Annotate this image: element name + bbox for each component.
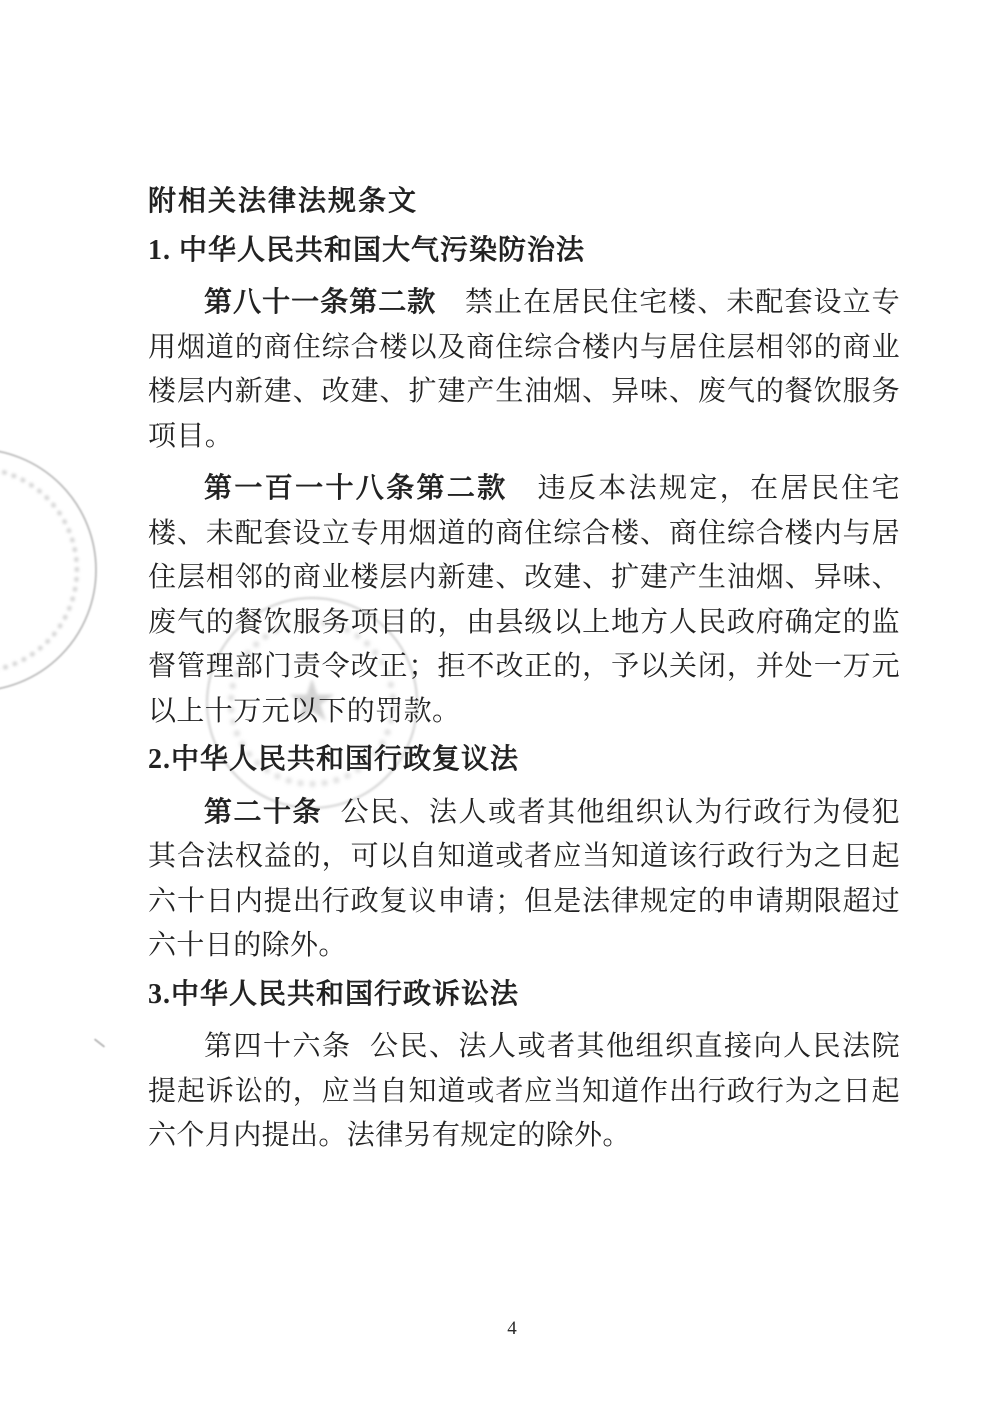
- article-number: 第一百一十八条第二款: [204, 473, 508, 504]
- article-number: 第四十六条: [204, 1031, 352, 1062]
- article-number: 第二十条: [204, 797, 322, 828]
- article-paragraph-118-2: 第一百一十八条第二款违反本法规定，在居民住宅楼、未配套设立专用烟道的商住综合楼、…: [148, 467, 900, 734]
- law-title-air-pollution-law: 1. 中华人民共和国大气污染防治法: [148, 229, 900, 274]
- page-footer: 4: [0, 1318, 1000, 1340]
- seal-inner-ring: [0, 466, 79, 674]
- law-title-administrative-reconsideration-law: 2.中华人民共和国行政复议法: [148, 738, 900, 783]
- article-paragraph-46: 第四十六条公民、法人或者其他组织直接向人民法院提起诉讼的，应当自知道或者应当知道…: [148, 1025, 900, 1159]
- circular-seal-watermark-left: [0, 448, 97, 692]
- law-title-administrative-litigation-law: 3.中华人民共和国行政诉讼法: [148, 973, 900, 1018]
- attachment-heading: 附相关法律法规条文: [148, 180, 900, 225]
- article-paragraph-81-2: 第八十一条第二款禁止在居民住宅楼、未配套设立专用烟道的商住综合楼以及商住综合楼内…: [148, 281, 900, 459]
- article-number: 第八十一条第二款: [204, 287, 436, 318]
- document-body: 附相关法律法规条文 1. 中华人民共和国大气污染防治法 第八十一条第二款禁止在居…: [148, 180, 900, 1159]
- article-text: 违反本法规定，在居民住宅楼、未配套设立专用烟道的商住综合楼、商住综合楼内与居住层…: [148, 473, 900, 727]
- page-number: 4: [507, 1318, 517, 1340]
- scan-artifact: [94, 1038, 105, 1048]
- document-page: ★ 附相关法律法规条文 1. 中华人民共和国大气污染防治法 第八十一条第二款禁止…: [0, 0, 1000, 1414]
- article-paragraph-20: 第二十条公民、法人或者其他组织认为行政行为侵犯其合法权益的，可以自知道或者应当知…: [148, 791, 900, 969]
